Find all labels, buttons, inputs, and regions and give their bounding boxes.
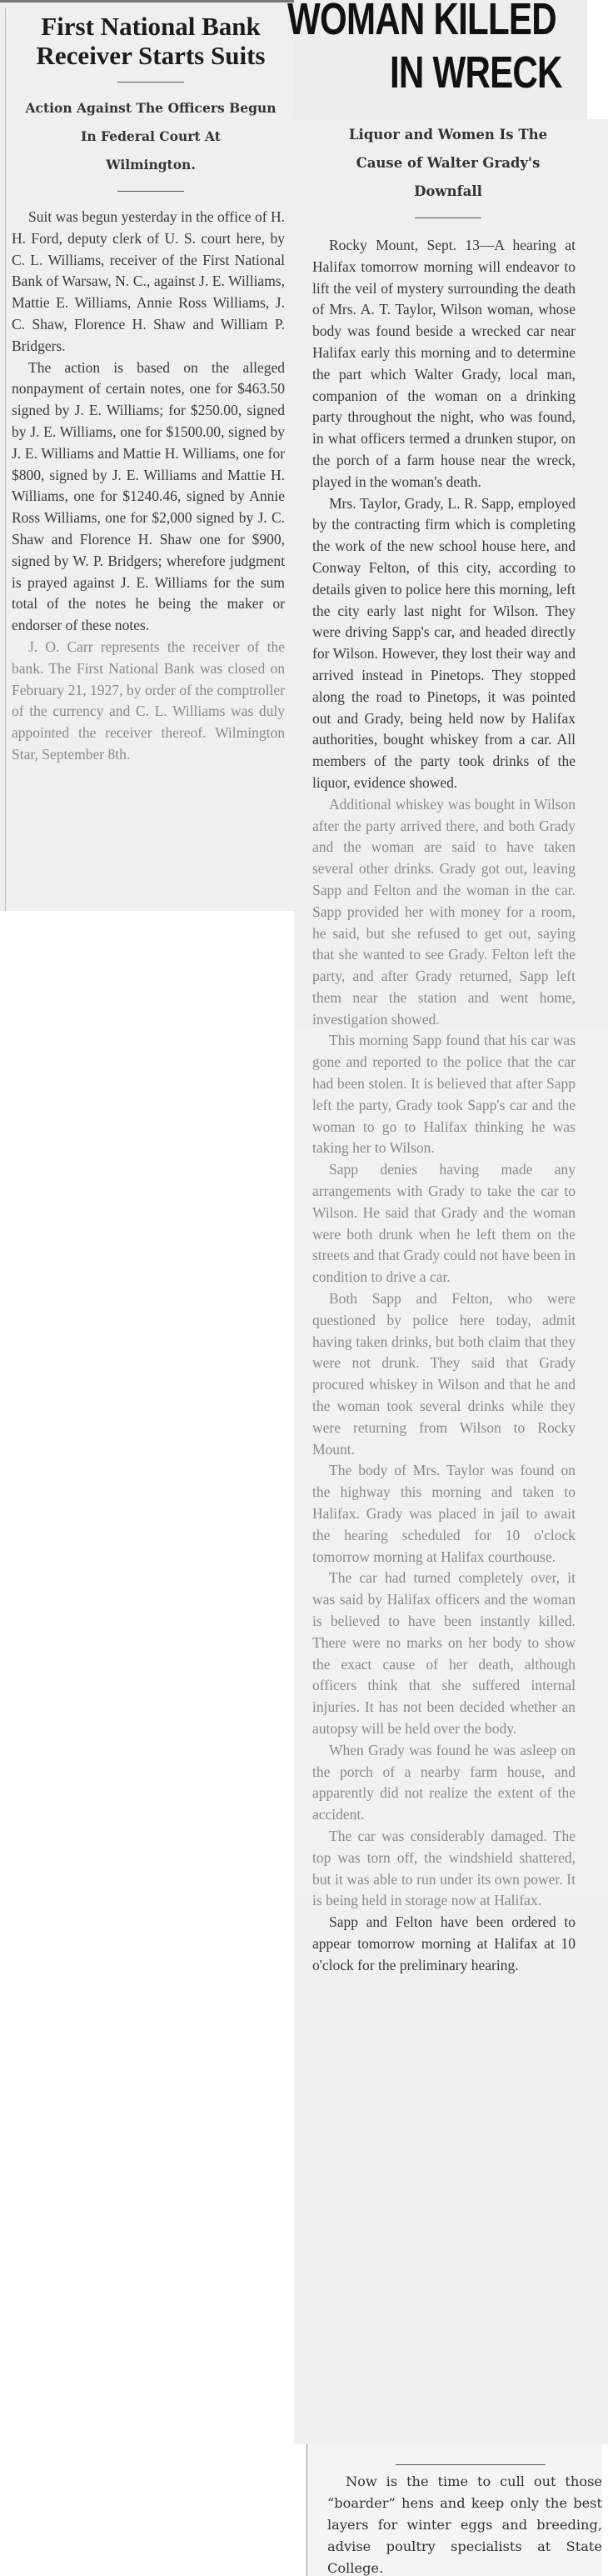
divider-rule [117, 191, 184, 192]
paragraph: Both Sapp and Felton, who were questione… [312, 1288, 576, 1460]
deck-line: Wilmington. [8, 151, 293, 179]
paragraph: J. O. Carr represents the receiver of th… [12, 637, 285, 766]
right-headline-line-2: IN WRECK [390, 48, 562, 97]
paragraph: This morning Sapp found that his car was… [312, 1030, 576, 1159]
right-article-clipping: WOMAN KILLED IN WRECK Liquor and Women I… [294, 0, 608, 2576]
divider-rule [117, 82, 184, 83]
deck-line: Downfall [311, 178, 586, 206]
paper-background [294, 1894, 608, 2444]
paragraph: The action is based on the alleged nonpa… [12, 358, 285, 637]
paragraph: Mrs. Taylor, Grady, L. R. Sapp, employed… [312, 493, 576, 794]
paragraph: Sapp denies having made any arrangements… [312, 1159, 576, 1288]
paragraph: Sapp and Felton have been ordered to app… [312, 1912, 576, 1976]
filler-item-text: Now is the time to cull out those “board… [327, 2471, 602, 2576]
deck-line: In Federal Court At [8, 123, 293, 151]
paragraph: The car had turned completely over, it w… [312, 1568, 576, 1739]
right-article-body: Rocky Mount, Sept. 13—A hearing at Halif… [312, 235, 576, 1977]
paragraph: Rocky Mount, Sept. 13—A hearing at Halif… [312, 235, 576, 493]
left-article-body: Suit was begun yesterday in the office o… [0, 203, 302, 766]
left-article-headline: First National Bank Receiver Starts Suit… [0, 0, 302, 70]
divider-rule [415, 218, 481, 218]
left-article-deck: Action Against The Officers Begun In Fed… [8, 94, 293, 179]
paragraph: The car was considerably damaged. The to… [312, 1826, 576, 1912]
divider-rule [396, 2464, 546, 2465]
paragraph: Additional whiskey was bought in Wilson … [312, 794, 576, 1031]
paragraph: Suit was begun yesterday in the office o… [12, 207, 285, 358]
right-article-deck: Liquor and Women Is The Cause of Walter … [302, 121, 594, 230]
right-headline-line-1: WOMAN KILLED [287, 0, 556, 43]
deck-line: Liquor and Women Is The [311, 121, 586, 149]
deck-line: Cause of Walter Grady's [311, 149, 586, 178]
headline-line-2: Receiver Starts Suits [37, 41, 266, 70]
paragraph: When Grady was found he was asleep on th… [312, 1740, 576, 1826]
left-article-clipping: First National Bank Receiver Starts Suit… [0, 0, 302, 911]
filler-item: Now is the time to cull out those “board… [327, 2471, 602, 2576]
paragraph: The body of Mrs. Taylor was found on the… [312, 1460, 576, 1568]
deck-line: Action Against The Officers Begun [8, 94, 293, 123]
headline-line-1: First National Bank [41, 12, 261, 41]
